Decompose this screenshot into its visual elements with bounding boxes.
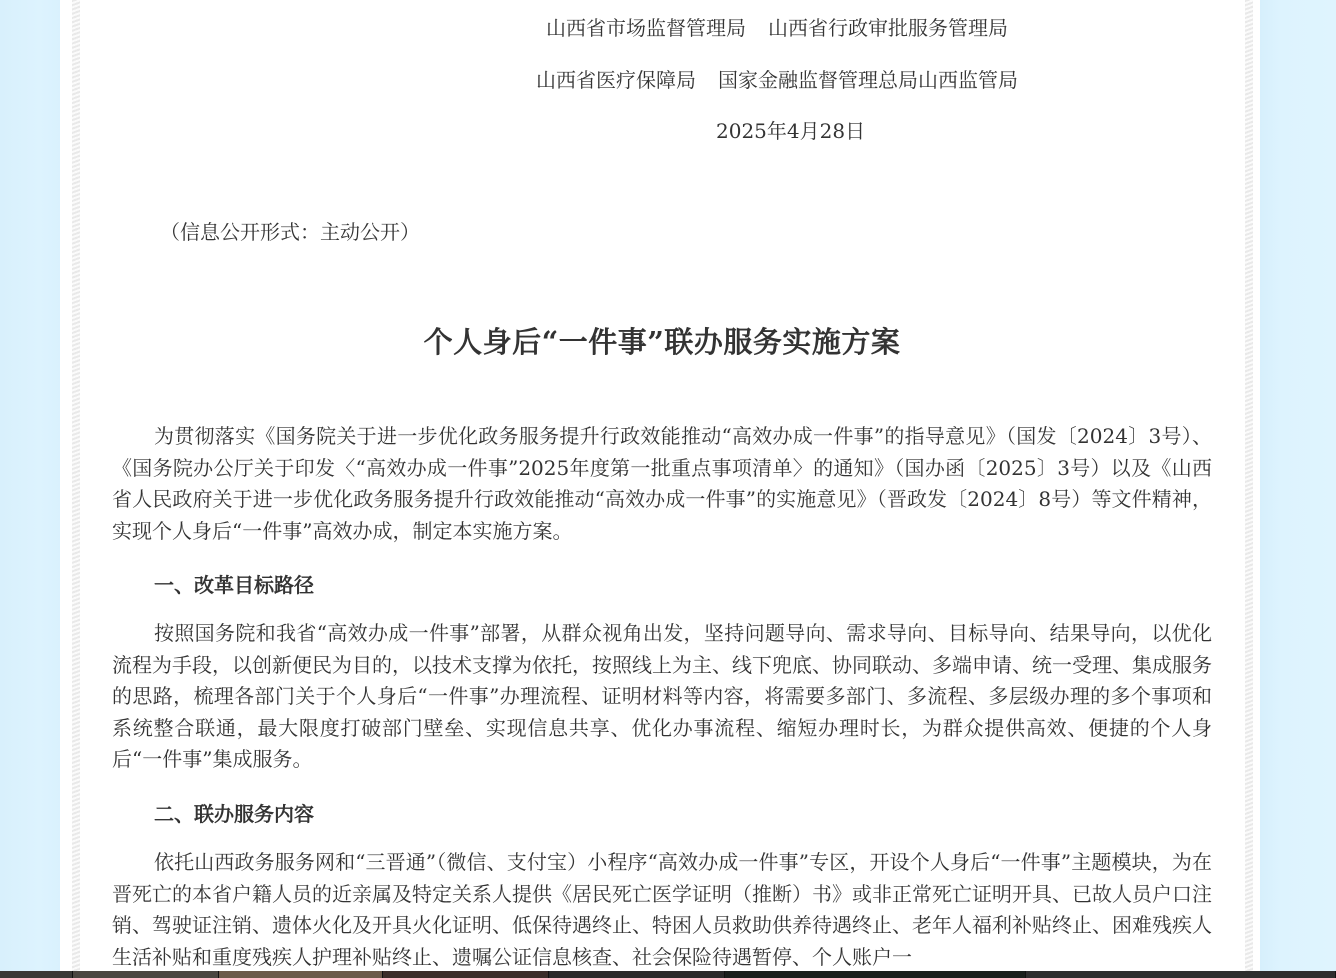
signature-line-1: 山西省市场监督管理局山西省行政审批服务管理局 bbox=[546, 12, 1008, 41]
section-heading-2: 二、联办服务内容 bbox=[154, 798, 314, 827]
taskbar-item[interactable] bbox=[383, 971, 549, 978]
taskbar-item[interactable] bbox=[725, 971, 1026, 978]
page-border-left bbox=[72, 0, 80, 978]
taskbar-item[interactable] bbox=[73, 971, 219, 978]
signature-org: 山西省市场监督管理局 bbox=[546, 16, 746, 40]
signature-org: 国家金融监督管理总局山西监管局 bbox=[718, 68, 1018, 92]
section-body-2: 依托山西政务服务网和“三晋通”（微信、支付宝）小程序“高效办成一件事”专区，开设… bbox=[112, 847, 1212, 973]
taskbar-item[interactable] bbox=[1026, 971, 1336, 978]
page-border-right bbox=[1245, 0, 1253, 978]
section-body-1: 按照国务院和我省“高效办成一件事”部署，从群众视角出发，坚持问题导向、需求导向、… bbox=[112, 618, 1212, 776]
section-heading-1: 一、改革目标路径 bbox=[154, 569, 314, 598]
signature-date: 2025年4月28日 bbox=[716, 115, 865, 144]
background-right bbox=[1260, 0, 1336, 978]
taskbar-item[interactable] bbox=[0, 971, 73, 978]
document-page: 山西省市场监督管理局山西省行政审批服务管理局 山西省医疗保障局国家金融监督管理总… bbox=[60, 0, 1260, 978]
taskbar bbox=[0, 971, 1336, 978]
signature-org: 山西省行政审批服务管理局 bbox=[768, 16, 1008, 40]
signature-org: 山西省医疗保障局 bbox=[536, 68, 696, 92]
taskbar-item[interactable] bbox=[549, 971, 725, 978]
document-title: 个人身后“一件事”联办服务实施方案 bbox=[112, 320, 1212, 361]
info-public-form: （信息公开形式：主动公开） bbox=[160, 216, 420, 245]
taskbar-item[interactable] bbox=[219, 971, 383, 978]
signature-line-2: 山西省医疗保障局国家金融监督管理总局山西监管局 bbox=[536, 64, 1018, 93]
intro-paragraph: 为贯彻落实《国务院关于进一步优化政务服务提升行政效能推动“高效办成一件事”的指导… bbox=[112, 421, 1212, 547]
